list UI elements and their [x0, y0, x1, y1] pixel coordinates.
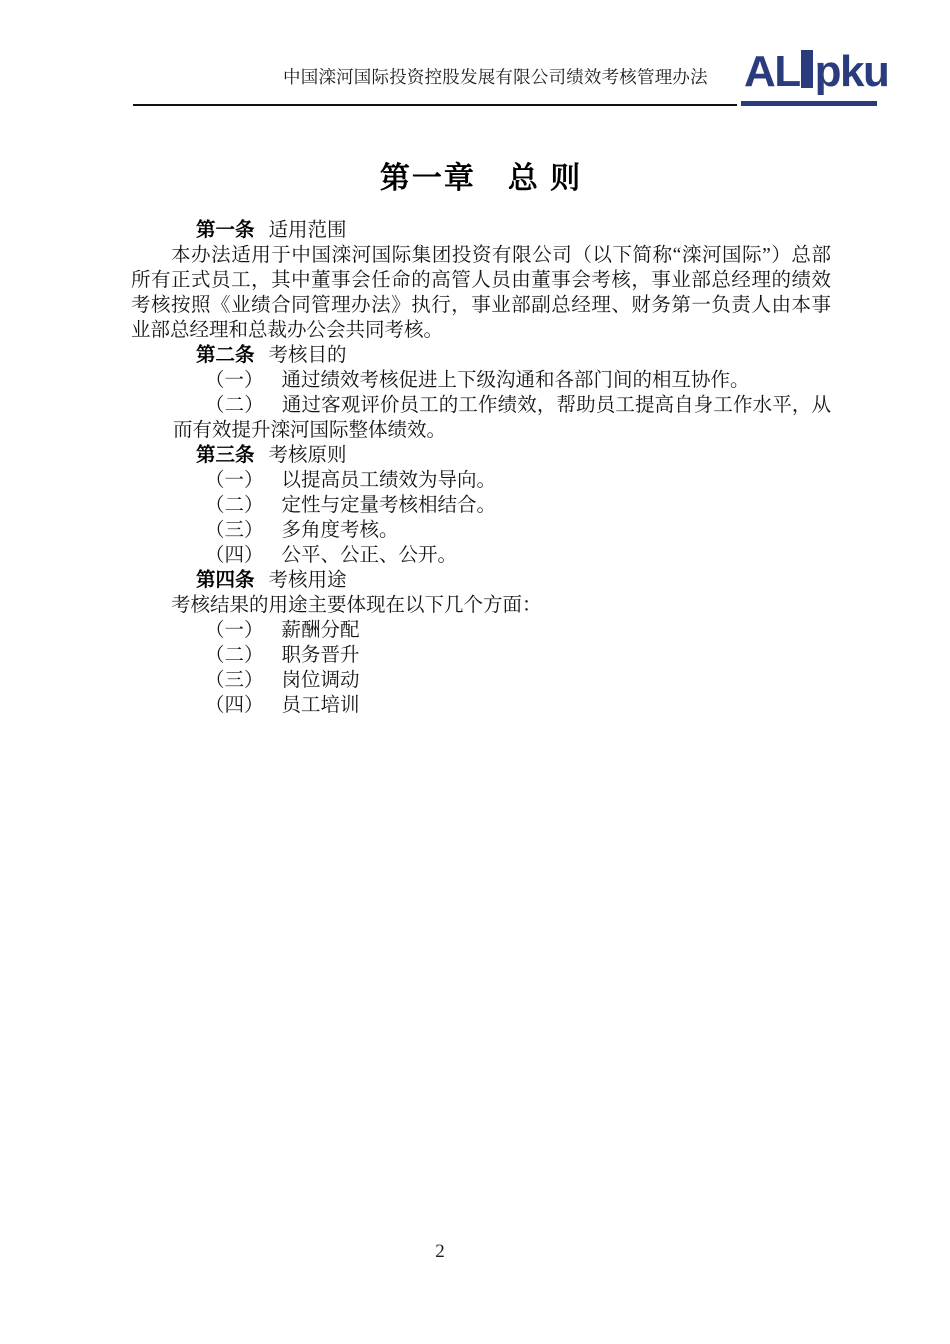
article-2-title: 考核目的	[269, 345, 347, 366]
document-page: 中国滦河国际投资控股发展有限公司绩效考核管理办法 ALpku 第一章 总 则 第…	[0, 0, 950, 1344]
header-rule	[133, 104, 737, 106]
item-number: （一）	[205, 470, 264, 491]
header-doc-title: 中国滦河国际投资控股发展有限公司绩效考核管理办法	[283, 64, 708, 89]
item-number: （二）	[205, 645, 264, 666]
item-text: 以提高员工绩效为导向。	[282, 470, 497, 491]
item-text: 薪酬分配	[282, 620, 360, 641]
list-item: （四）员工培训	[173, 693, 831, 718]
item-number: （二）	[205, 495, 264, 516]
article-1-number: 第一条	[196, 219, 255, 241]
logo-underline	[741, 101, 877, 106]
item-number: （二）	[205, 395, 264, 416]
item-number: （一）	[205, 370, 264, 391]
item-text: 通过客观评价员工的工作绩效，帮助员工提高自身工作水平，从而有效提升滦河国际整体绩…	[173, 395, 831, 441]
item-text: 员工培训	[282, 695, 360, 716]
list-item: （二）定性与定量考核相结合。	[173, 493, 831, 518]
item-number: （四）	[205, 545, 264, 566]
article-4-heading: 第四条考核用途	[131, 568, 831, 593]
list-item: （二）职务晋升	[173, 643, 831, 668]
list-item: （一）通过绩效考核促进上下级沟通和各部门间的相互协作。	[173, 368, 831, 393]
item-number: （三）	[205, 670, 264, 691]
article-1-heading: 第一条适用范围	[131, 218, 831, 243]
article-4-intro: 考核结果的用途主要体现在以下几个方面：	[131, 593, 831, 618]
item-text: 公平、公正、公开。	[282, 545, 458, 566]
item-number: （三）	[205, 520, 264, 541]
article-3-heading: 第三条考核原则	[131, 443, 831, 468]
article-4-number: 第四条	[196, 569, 255, 591]
item-text: 定性与定量考核相结合。	[282, 495, 497, 516]
item-text: 通过绩效考核促进上下级沟通和各部门间的相互协作。	[282, 370, 750, 391]
article-2-number: 第二条	[196, 344, 255, 366]
article-3-title: 考核原则	[269, 445, 347, 466]
article-1-title: 适用范围	[269, 220, 347, 241]
list-item: （三）岗位调动	[173, 668, 831, 693]
article-1-body: 本办法适用于中国滦河国际集团投资有限公司（以下简称“滦河国际”）总部所有正式员工…	[131, 243, 831, 343]
logo-part2: pku	[815, 47, 889, 96]
logo-block-icon	[801, 50, 813, 88]
item-text: 多角度考核。	[282, 520, 399, 541]
item-number: （一）	[205, 620, 264, 641]
page-number: 2	[425, 1241, 455, 1263]
article-4-title: 考核用途	[269, 570, 347, 591]
article-3-number: 第三条	[196, 444, 255, 466]
list-item: （二）通过客观评价员工的工作绩效，帮助员工提高自身工作水平，从而有效提升滦河国际…	[173, 393, 831, 443]
list-item: （一）以提高员工绩效为导向。	[173, 468, 831, 493]
document-body: 第一章 总 则 第一条适用范围 本办法适用于中国滦河国际集团投资有限公司（以下简…	[131, 161, 831, 718]
article-2-heading: 第二条考核目的	[131, 343, 831, 368]
logo-text: ALpku	[744, 50, 888, 94]
company-logo: ALpku	[744, 50, 880, 116]
logo-part1: AL	[744, 47, 800, 96]
chapter-title: 第一章 总 则	[131, 161, 831, 197]
item-text: 职务晋升	[282, 645, 360, 666]
item-text: 岗位调动	[282, 670, 360, 691]
list-item: （四）公平、公正、公开。	[173, 543, 831, 568]
list-item: （一）薪酬分配	[173, 618, 831, 643]
item-number: （四）	[205, 695, 264, 716]
list-item: （三）多角度考核。	[173, 518, 831, 543]
